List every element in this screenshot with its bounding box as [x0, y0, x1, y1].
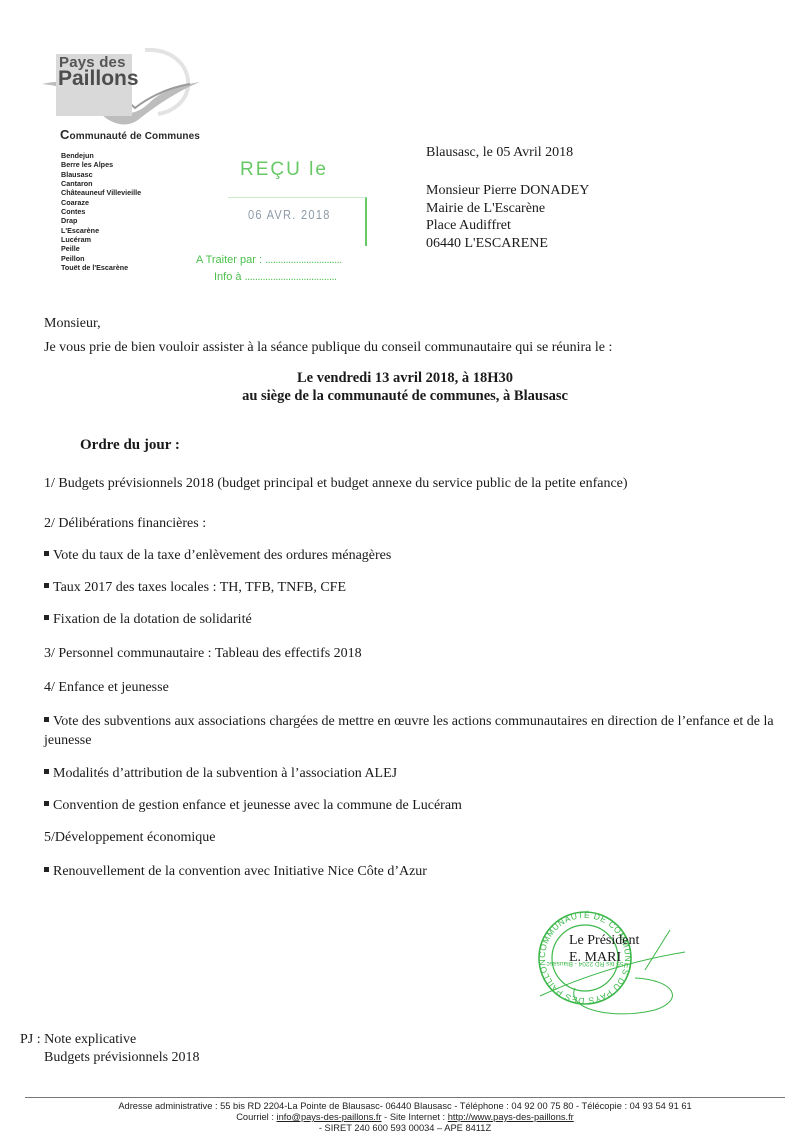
- footer-divider: [25, 1097, 785, 1098]
- signatory-name: E. MARI: [569, 949, 639, 966]
- recipient-line: 06440 L'ESCARENE: [426, 235, 589, 253]
- organisation-name: Communauté de Communes: [60, 127, 200, 142]
- agenda-section: 5/Développement économique: [44, 830, 215, 846]
- commune-item: Drap: [61, 216, 141, 225]
- received-stamp-title: REÇU le: [240, 159, 328, 181]
- footer-address: Adresse administrative : 55 bis RD 2204-…: [0, 1101, 810, 1112]
- agenda-bullet-item: Renouvellement de la convention avec Ini…: [44, 864, 427, 880]
- email-label: Courriel :: [236, 1112, 276, 1122]
- commune-item: Châteauneuf Villevieille: [61, 188, 141, 197]
- agenda-item-text: 2/ Délibérations financières :: [44, 516, 206, 531]
- agenda-item-text: Vote du taux de la taxe d’enlèvement des…: [53, 548, 391, 563]
- signatory-title: Le Président: [569, 932, 639, 949]
- agenda-section: 3/ Personnel communautaire : Tableau des…: [44, 646, 362, 662]
- agenda-item-text: 1/ Budgets prévisionnels 2018 (budget pr…: [44, 476, 628, 491]
- site-label: - Site Internet :: [382, 1112, 448, 1122]
- attachments-label: PJ :: [20, 1032, 44, 1047]
- commune-item: Peillon: [61, 254, 141, 263]
- info-dots: ....................................: [245, 271, 337, 283]
- agenda-item-text: Modalités d’attribution de la subvention…: [53, 766, 397, 781]
- organisation-name-rest: ommunauté de Communes: [70, 131, 200, 142]
- footer: Adresse administrative : 55 bis RD 2204-…: [0, 1101, 810, 1134]
- recipient-address: Monsieur Pierre DONADEY Mairie de L'Esca…: [426, 182, 589, 252]
- attachment-item: Budgets prévisionnels 2018: [44, 1050, 200, 1065]
- agenda-bullet-item: Convention de gestion enfance et jeuness…: [44, 798, 462, 814]
- organisation-logo: Pays des Paillons: [40, 42, 210, 132]
- attachment-item: Note explicative: [44, 1032, 136, 1047]
- agenda-bullet-item: Vote des subventions aux associations ch…: [44, 712, 784, 750]
- assign-label: A Traiter par :: [196, 254, 262, 266]
- agenda-bullet-item: Fixation de la dotation de solidarité: [44, 612, 252, 628]
- assign-dots: ..............................: [265, 254, 342, 266]
- recipient-line: Monsieur Pierre DONADEY: [426, 182, 589, 200]
- organisation-initial: C: [60, 127, 70, 142]
- agenda-bullet-item: Vote du taux de la taxe d’enlèvement des…: [44, 548, 391, 564]
- agenda-bullet-item: Modalités d’attribution de la subvention…: [44, 766, 397, 782]
- bullet-icon: [44, 801, 49, 806]
- agenda-section: 1/ Budgets prévisionnels 2018 (budget pr…: [44, 476, 628, 492]
- agenda-item-text: 3/ Personnel communautaire : Tableau des…: [44, 646, 362, 661]
- agenda-item-text: 4/ Enfance et jeunesse: [44, 680, 169, 695]
- meeting-date: Le vendredi 13 avril 2018, à 18H30: [0, 369, 810, 387]
- bullet-icon: [44, 551, 49, 556]
- commune-item: Coaraze: [61, 198, 141, 207]
- bullet-icon: [44, 867, 49, 872]
- website-link[interactable]: http://www.pays-des-paillons.fr: [448, 1112, 574, 1122]
- commune-item: Touët de l'Escarène: [61, 263, 141, 272]
- received-stamp-assign-line: A Traiter par : ........................…: [196, 254, 342, 266]
- received-stamp-info-line: Info à .................................…: [214, 271, 337, 283]
- recipient-line: Place Audiffret: [426, 217, 589, 235]
- commune-item: Berre les Alpes: [61, 160, 141, 169]
- commune-item: Lucéram: [61, 235, 141, 244]
- agenda-section: 2/ Délibérations financières :: [44, 516, 206, 532]
- commune-item: L'Escarène: [61, 226, 141, 235]
- intro-paragraph: Je vous prie de bien vouloir assister à …: [44, 340, 612, 356]
- bullet-icon: [44, 769, 49, 774]
- commune-item: Peille: [61, 244, 141, 253]
- bullet-icon: [44, 583, 49, 588]
- agenda-item-text: Vote des subventions aux associations ch…: [44, 714, 774, 748]
- agenda-title: Ordre du jour :: [80, 437, 180, 454]
- attachments: PJ : Note explicative Budgets prévisionn…: [20, 1031, 200, 1067]
- received-stamp-date: 06 AVR. 2018: [248, 207, 331, 222]
- footer-contact: Courriel : info@pays-des-paillons.fr - S…: [0, 1112, 810, 1123]
- meeting-location: au siège de la communauté de communes, à…: [0, 387, 810, 405]
- agenda-item-text: 5/Développement économique: [44, 830, 215, 845]
- email-link[interactable]: info@pays-des-paillons.fr: [277, 1112, 382, 1122]
- commune-item: Blausasc: [61, 170, 141, 179]
- agenda-section: 4/ Enfance et jeunesse: [44, 680, 169, 696]
- agenda-item-text: Renouvellement de la convention avec Ini…: [53, 864, 427, 879]
- salutation: Monsieur,: [44, 316, 101, 332]
- signature-block: Le Président E. MARI: [569, 932, 639, 966]
- communes-list: BendejunBerre les AlpesBlausascCantaronC…: [61, 151, 141, 272]
- place-date: Blausasc, le 05 Avril 2018: [426, 145, 573, 161]
- agenda-bullet-item: Taux 2017 des taxes locales : TH, TFB, T…: [44, 580, 346, 596]
- received-stamp: REÇU le 06 AVR. 2018 A Traiter par : ...…: [200, 155, 410, 290]
- info-label: Info à: [214, 271, 242, 283]
- meeting-details: Le vendredi 13 avril 2018, à 18H30 au si…: [0, 369, 810, 405]
- commune-item: Bendejun: [61, 151, 141, 160]
- commune-item: Contes: [61, 207, 141, 216]
- agenda-item-text: Convention de gestion enfance et jeuness…: [53, 798, 462, 813]
- logo-line2: Paillons: [58, 67, 139, 91]
- agenda-item-text: Fixation de la dotation de solidarité: [53, 612, 252, 627]
- recipient-line: Mairie de L'Escarène: [426, 200, 589, 218]
- agenda-item-text: Taux 2017 des taxes locales : TH, TFB, T…: [53, 580, 346, 595]
- footer-registration: - SIRET 240 600 593 00034 – APE 8411Z: [0, 1123, 810, 1134]
- bullet-icon: [44, 717, 49, 722]
- bullet-icon: [44, 615, 49, 620]
- commune-item: Cantaron: [61, 179, 141, 188]
